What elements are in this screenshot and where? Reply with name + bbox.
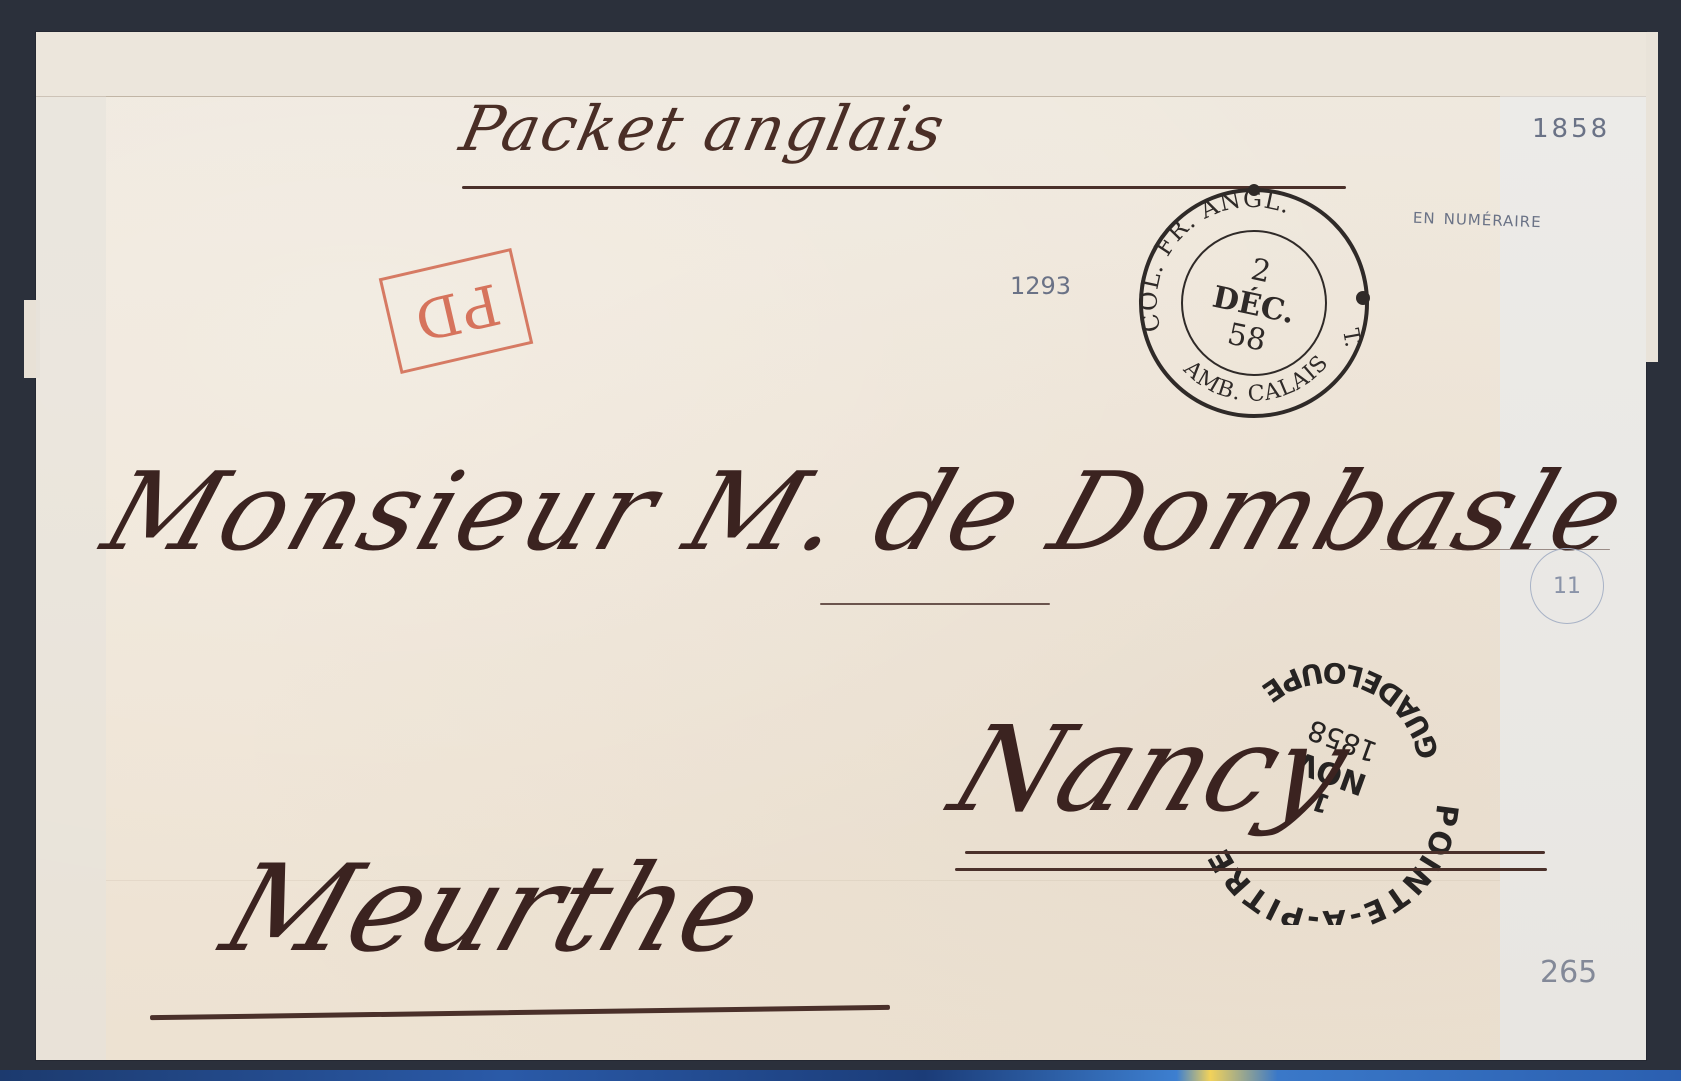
destination-department: Meurthe [207, 840, 777, 979]
calais-bottom-text: AMB. CALAIS [1178, 350, 1334, 407]
city-underline-2 [955, 868, 1547, 871]
top-fold-flap [36, 32, 1646, 97]
addressee-name: Monsieur M. de Dombasle [90, 450, 1642, 575]
addressee-flourish [820, 603, 1050, 605]
pencil-numeraire-note: en numéraire [1413, 204, 1543, 233]
calais-transit-postmark: COL. FR. ANGL. T. AMB. CALAIS 2 DÉC. 58 [1131, 180, 1377, 426]
left-fold-panel [36, 96, 106, 1060]
calais-day: 2 [1248, 252, 1274, 290]
pencil-year-note: 1858 [1532, 114, 1610, 144]
pd-text: PD [407, 270, 506, 353]
pencil-reference-number: 1293 [1010, 272, 1071, 300]
right-flap-edge [1646, 32, 1658, 362]
calais-year: 58 [1224, 317, 1269, 359]
destination-city: Nancy [935, 700, 1368, 838]
city-underline-1 [965, 851, 1545, 854]
route-endorsement: Packet anglais [454, 92, 952, 165]
calais-side-text: T. [1337, 327, 1365, 349]
pencil-circled-number: 11 [1530, 548, 1604, 624]
svg-text:AMB. CALAIS: AMB. CALAIS [1178, 350, 1334, 407]
pencil-bottom-number: 265 [1540, 955, 1597, 990]
scanner-edge-strip [0, 1070, 1681, 1081]
circled-number-text: 11 [1553, 574, 1581, 599]
